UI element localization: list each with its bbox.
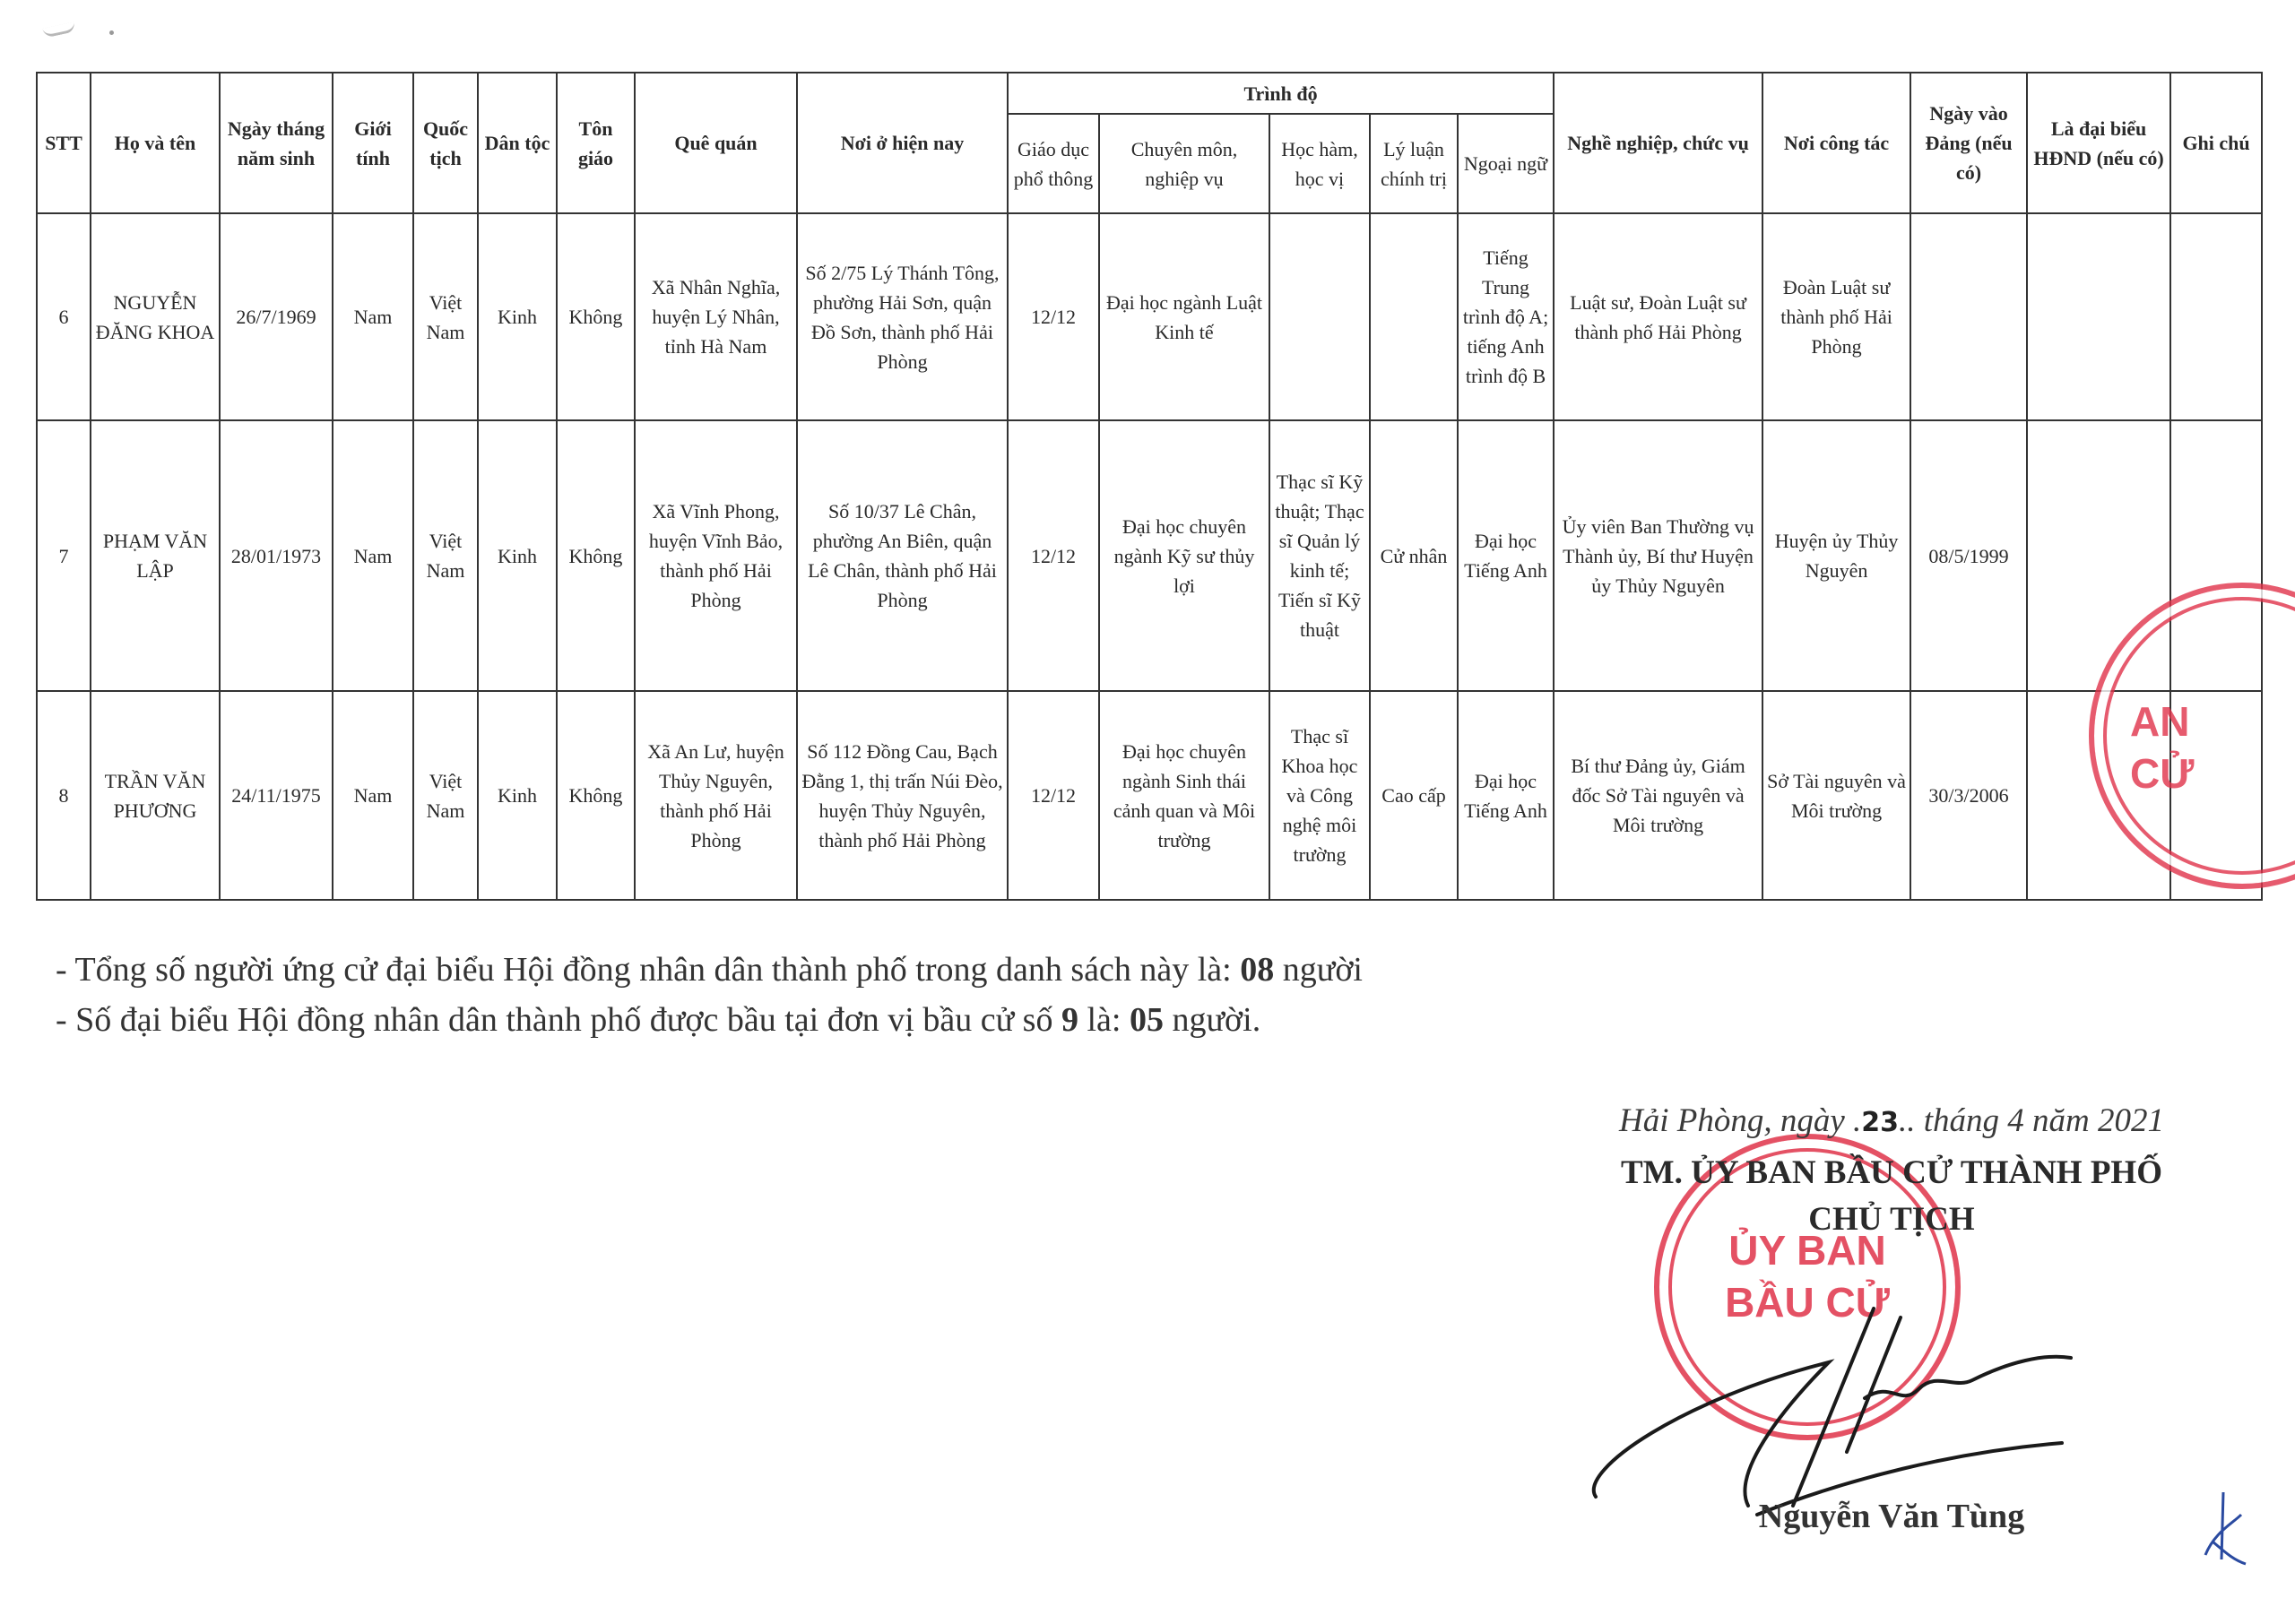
cell-stt: 8: [37, 691, 91, 900]
cell-religion: Không: [557, 691, 635, 900]
cell-ethnicity: Kinh: [478, 420, 557, 691]
cell-political: [1370, 213, 1458, 420]
cell-general-edu: 12/12: [1008, 213, 1099, 420]
summary-line2-unit: người.: [1164, 1001, 1260, 1039]
cell-general-edu: 12/12: [1008, 691, 1099, 900]
edge-stamp-text-line2: CỬ: [2130, 747, 2194, 799]
cell-dob: 26/7/1969: [220, 213, 333, 420]
summary-block: - Tổng số người ứng cử đại biểu Hội đồng…: [56, 945, 1363, 1045]
place-date-prefix: Hải Phòng, ngày .: [1619, 1102, 1861, 1139]
cell-workplace: Sở Tài nguyên và Môi trường: [1762, 691, 1910, 900]
col-header-note: Ghi chú: [2170, 73, 2262, 213]
handwritten-initial: [2196, 1488, 2250, 1568]
col-header-education-group: Trình độ: [1008, 73, 1554, 114]
col-header-general-edu: Giáo dục phổ thông: [1008, 114, 1099, 213]
col-header-stt: STT: [37, 73, 91, 213]
summary-line1-text: - Tổng số người ứng cử đại biểu Hội đồng…: [56, 951, 1240, 989]
col-header-party-date: Ngày vào Đảng (nếu có): [1910, 73, 2027, 213]
cell-gender: Nam: [333, 420, 413, 691]
summary-unit-number: 9: [1061, 1001, 1078, 1039]
cell-stt: 6: [37, 213, 91, 420]
cell-political: Cao cấp: [1370, 691, 1458, 900]
summary-line2-text: - Số đại biểu Hội đồng nhân dân thành ph…: [56, 1001, 1061, 1039]
cell-language: Tiếng Trung trình độ A; tiếng Anh trình …: [1458, 213, 1554, 420]
cell-residence: Số 2/75 Lý Thánh Tông, phường Hải Sơn, q…: [797, 213, 1008, 420]
cell-language: Đại học Tiếng Anh: [1458, 420, 1554, 691]
col-header-residence: Nơi ở hiện nay: [797, 73, 1008, 213]
cell-political: Cử nhân: [1370, 420, 1458, 691]
cell-nationality: Việt Nam: [413, 691, 478, 900]
table-row: 7PHẠM VĂN LẬP28/01/1973NamViệt NamKinhKh…: [37, 420, 2262, 691]
table-row: 6NGUYỄN ĐĂNG KHOA26/7/1969NamViệt NamKin…: [37, 213, 2262, 420]
cell-hometown: Xã Nhân Nghĩa, huyện Lý Nhân, tỉnh Hà Na…: [635, 213, 797, 420]
cell-name: PHẠM VĂN LẬP: [91, 420, 220, 691]
cell-party-date: 08/5/1999: [1910, 420, 2027, 691]
cell-nationality: Việt Nam: [413, 420, 478, 691]
cell-language: Đại học Tiếng Anh: [1458, 691, 1554, 900]
col-header-nationality: Quốc tịch: [413, 73, 478, 213]
table-row: 8TRẦN VĂN PHƯƠNG24/11/1975NamViệt NamKin…: [37, 691, 2262, 900]
cell-party-date: [1910, 213, 2027, 420]
summary-line1-unit: người: [1274, 951, 1363, 989]
summary-line1-count: 08: [1240, 951, 1274, 989]
cell-ethnicity: Kinh: [478, 691, 557, 900]
cell-residence: Số 112 Đồng Cau, Bạch Đằng 1, thị trấn N…: [797, 691, 1008, 900]
cell-stt: 7: [37, 420, 91, 691]
cell-dob: 24/11/1975: [220, 691, 333, 900]
cell-degree: [1269, 213, 1370, 420]
cell-hdnd-delegate: [2027, 213, 2170, 420]
cell-occupation: Luật sư, Đoàn Luật sư thành phố Hải Phòn…: [1554, 213, 1762, 420]
handwritten-day: 23: [1861, 1107, 1899, 1138]
col-header-workplace: Nơi công tác: [1762, 73, 1910, 213]
signature-block: Hải Phòng, ngày .23.. tháng 4 năm 2021 T…: [1560, 1098, 2223, 1243]
cell-workplace: Huyện ủy Thủy Nguyên: [1762, 420, 1910, 691]
col-header-gender: Giới tính: [333, 73, 413, 213]
cell-specialty: Đại học chuyên ngành Kỹ sư thủy lợi: [1099, 420, 1269, 691]
cell-gender: Nam: [333, 691, 413, 900]
handwritten-signature: [1578, 1291, 2080, 1524]
col-header-occupation: Nghề nghiệp, chức vụ: [1554, 73, 1762, 213]
scan-artifact-mark: [42, 22, 76, 38]
cell-residence: Số 10/37 Lê Chân, phường An Biên, quận L…: [797, 420, 1008, 691]
col-header-ethnicity: Dân tộc: [478, 73, 557, 213]
cell-gender: Nam: [333, 213, 413, 420]
scan-artifact-dot: [109, 30, 114, 35]
summary-seats: - Số đại biểu Hội đồng nhân dân thành ph…: [56, 995, 1363, 1045]
cell-specialty: Đại học ngành Luật Kinh tế: [1099, 213, 1269, 420]
signer-name: Nguyễn Văn Tùng: [1560, 1497, 2223, 1536]
col-header-name: Họ và tên: [91, 73, 220, 213]
signing-organization: TM. ỦY BAN BẦU CỬ THÀNH PHỐ: [1560, 1150, 2223, 1196]
cell-nationality: Việt Nam: [413, 213, 478, 420]
cell-general-edu: 12/12: [1008, 420, 1099, 691]
col-header-religion: Tôn giáo: [557, 73, 635, 213]
cell-religion: Không: [557, 420, 635, 691]
col-header-specialty: Chuyên môn, nghiệp vụ: [1099, 114, 1269, 213]
signer-role: CHỦ TỊCH: [1560, 1196, 2223, 1243]
col-header-degree: Học hàm, học vị: [1269, 114, 1370, 213]
place-date: Hải Phòng, ngày .23.. tháng 4 năm 2021: [1560, 1098, 2223, 1146]
cell-party-date: 30/3/2006: [1910, 691, 2027, 900]
cell-ethnicity: Kinh: [478, 213, 557, 420]
summary-line2-mid: là:: [1078, 1001, 1130, 1039]
cell-name: TRẦN VĂN PHƯƠNG: [91, 691, 220, 900]
cell-name: NGUYỄN ĐĂNG KHOA: [91, 213, 220, 420]
col-header-dob: Ngày tháng năm sinh: [220, 73, 333, 213]
cell-hometown: Xã An Lư, huyện Thủy Nguyên, thành phố H…: [635, 691, 797, 900]
candidate-list-table: STT Họ và tên Ngày tháng năm sinh Giới t…: [36, 72, 2263, 901]
cell-degree: Thạc sĩ Kỹ thuật; Thạc sĩ Quản lý kinh t…: [1269, 420, 1370, 691]
col-header-language: Ngoại ngữ: [1458, 114, 1554, 213]
col-header-hometown: Quê quán: [635, 73, 797, 213]
cell-dob: 28/01/1973: [220, 420, 333, 691]
col-header-political: Lý luận chính trị: [1370, 114, 1458, 213]
cell-workplace: Đoàn Luật sư thành phố Hải Phòng: [1762, 213, 1910, 420]
summary-total-candidates: - Tổng số người ứng cử đại biểu Hội đồng…: [56, 945, 1363, 995]
cell-occupation: Ủy viên Ban Thường vụ Thành ủy, Bí thư H…: [1554, 420, 1762, 691]
col-header-hdnd-delegate: Là đại biểu HĐND (nếu có): [2027, 73, 2170, 213]
place-date-suffix: .. tháng 4 năm 2021: [1899, 1102, 2164, 1139]
header-row-1: STT Họ và tên Ngày tháng năm sinh Giới t…: [37, 73, 2262, 114]
cell-degree: Thạc sĩ Khoa học và Công nghệ môi trường: [1269, 691, 1370, 900]
cell-religion: Không: [557, 213, 635, 420]
edge-stamp-text-line1: AN: [2130, 695, 2194, 747]
cell-occupation: Bí thư Đảng ủy, Giám đốc Sở Tài nguyên v…: [1554, 691, 1762, 900]
cell-note: [2170, 213, 2262, 420]
cell-specialty: Đại học chuyên ngành Sinh thái cảnh quan…: [1099, 691, 1269, 900]
summary-line2-count: 05: [1130, 1001, 1164, 1039]
cell-hometown: Xã Vĩnh Phong, huyện Vĩnh Bảo, thành phố…: [635, 420, 797, 691]
